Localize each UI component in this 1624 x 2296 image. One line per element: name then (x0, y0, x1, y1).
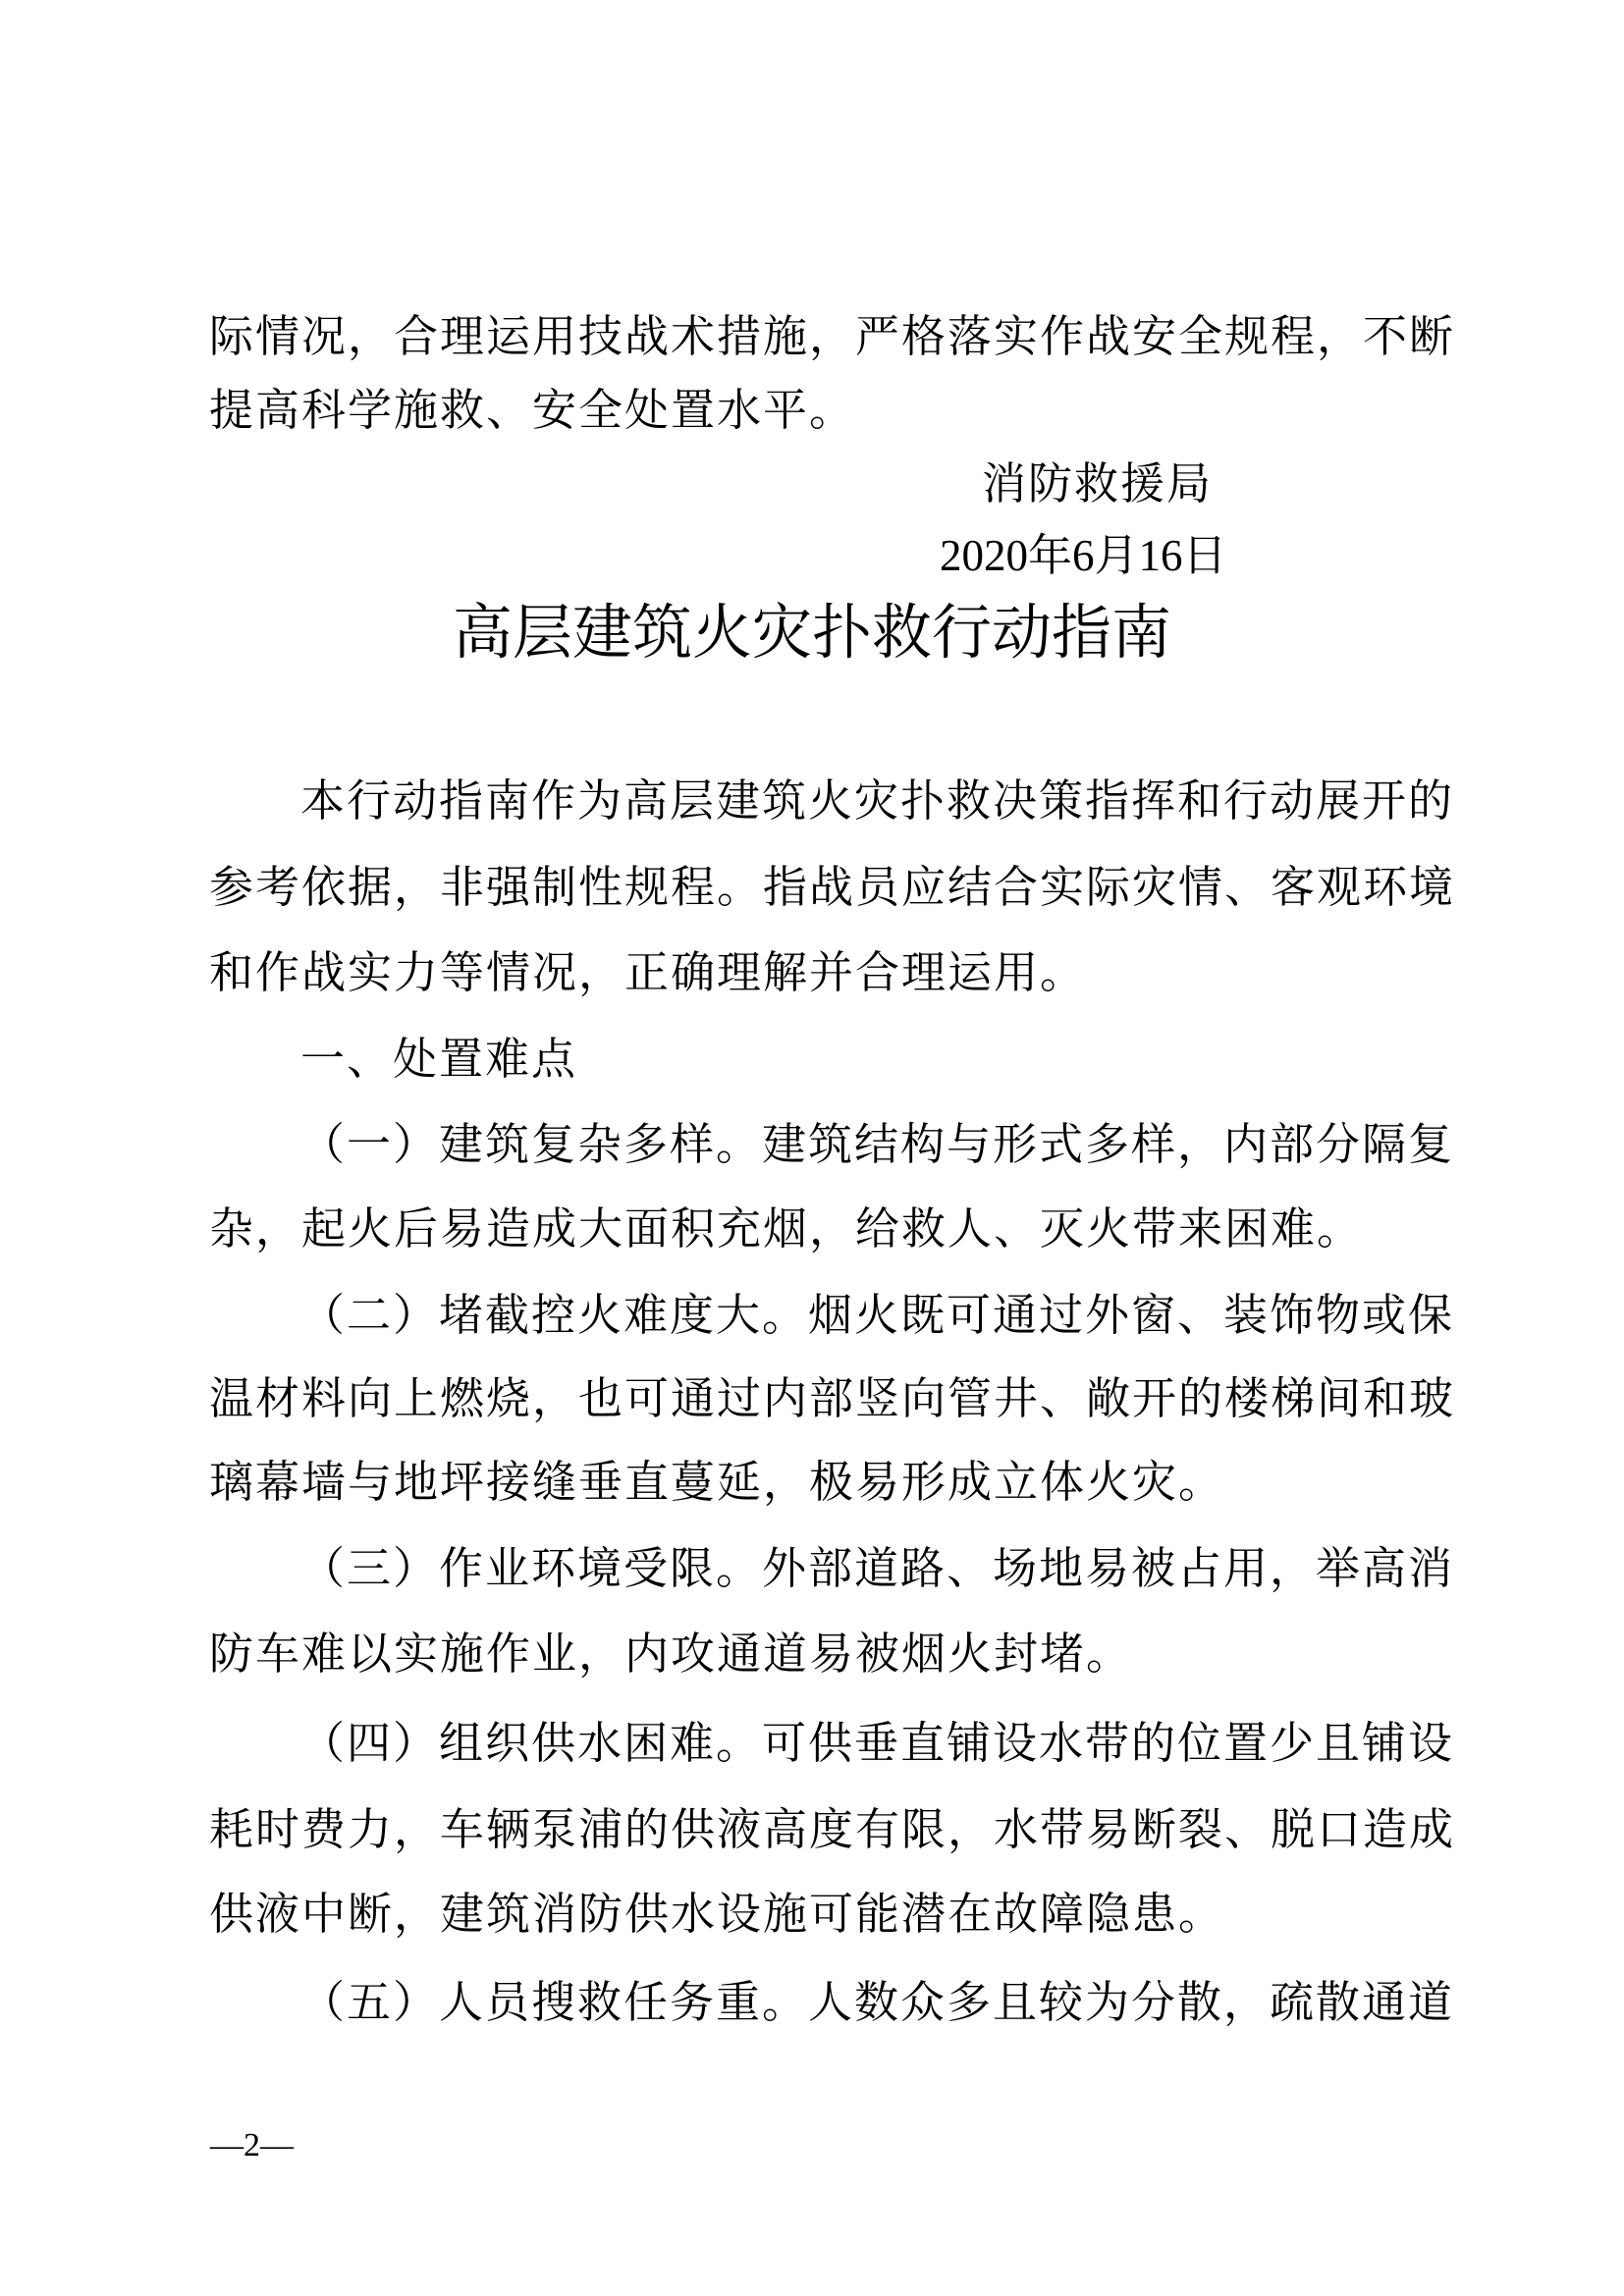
item-3-line-1: （三）作业环境受限。外部道路、场地易被占用，举高消 (300, 1545, 1454, 1592)
document-page: 际情况，合理运用技战术措施，严格落实作战安全规程，不断 提高科学施救、安全处置水… (0, 0, 1624, 2296)
issuer-signature: 消防救援局 (982, 460, 1213, 507)
intro-line-1: 本行动指南作为高层建筑火灾扑救决策指挥和行动展开的 (300, 777, 1454, 825)
continuation-line-2: 提高科学施救、安全处置水平。 (209, 387, 855, 434)
intro-line-2: 参考依据，非强制性规程。指战员应结合实际灾情、客观环境 (209, 864, 1455, 911)
document-title: 高层建筑火灾扑救行动指南 (0, 601, 1624, 666)
item-1-line-1: （一）建筑复杂多样。建筑结构与形式多样，内部分隔复 (300, 1121, 1454, 1168)
item-4-line-1: （四）组织供水困难。可供垂直铺设水带的位置少且铺设 (300, 1720, 1454, 1767)
item-4-line-2: 耗时费力，车辆泵浦的供液高度有限，水带易断裂、脱口造成 (209, 1806, 1455, 1853)
intro-line-3: 和作战实力等情况，正确理解并合理运用。 (209, 949, 1086, 996)
item-5-line-1: （五）人员搜救任务重。人数众多且较为分散，疏散通道 (300, 1979, 1454, 2026)
item-2-line-1: （二）堵截控火难度大。烟火既可通过外窗、装饰物或保 (300, 1292, 1454, 1339)
continuation-line-1: 际情况，合理运用技战术措施，严格落实作战安全规程，不断 (209, 313, 1455, 360)
item-1-line-2: 杂，起火后易造成大面积充烟，给救人、灭火带来困难。 (209, 1205, 1363, 1253)
item-4-line-3: 供液中断，建筑消防供水设施可能潜在故障隐患。 (209, 1891, 1224, 1938)
item-2-line-2: 温材料向上燃烧，也可通过内部竖向管井、敞开的楼梯间和玻 (209, 1375, 1455, 1422)
item-3-line-2: 防车难以实施作业，内攻通道易被烟火封堵。 (209, 1630, 1132, 1678)
section-heading: 一、处置难点 (300, 1036, 577, 1083)
page-number: —2— (210, 2126, 294, 2165)
issue-date: 2020年6月16日 (940, 532, 1227, 579)
item-2-line-3: 璃幕墙与地坪接缝垂直蔓延，极易形成立体火灾。 (209, 1459, 1224, 1506)
